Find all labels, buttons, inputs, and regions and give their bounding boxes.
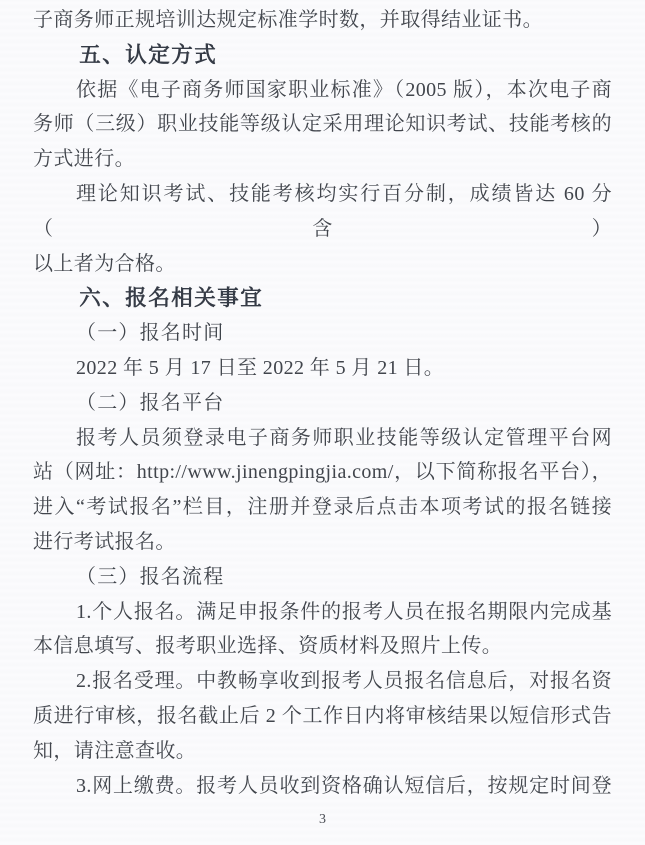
body-line: 依据《电子商务师国家职业标准》（2005 版），本次电子商 [33,73,612,108]
body-line: 子商务师正规培训达规定标准学时数，并取得结业证书。 [33,3,612,38]
body-line: 进行考试报名。 [33,525,612,560]
section-heading-5: 五、认定方式 [33,38,612,73]
body-line: 3.网上缴费。报考人员收到资格确认短信后，按规定时间登 [33,769,612,804]
registration-dates: 2022 年 5 月 17 日至 2022 年 5 月 21 日。 [33,351,612,386]
section-heading-6: 六、报名相关事宜 [33,281,612,316]
body-line-with-url: 站（网址：http://www.jinengpingjia.com/，以下简称报… [33,455,612,490]
body-line: 本信息填写、报考职业选择、资质材料及照片上传。 [33,629,612,664]
subsection-heading-1: （一）报名时间 [33,316,612,351]
body-line: 报考人员须登录电子商务师职业技能等级认定管理平台网 [33,421,612,456]
body-line: 质进行审核，报名截止后 2 个工作日内将审核结果以短信形式告 [33,699,612,734]
page-number: 3 [0,812,645,828]
body-line: 方式进行。 [33,142,612,177]
body-line: 理论知识考试、技能考核均实行百分制，成绩皆达 60 分（含） [33,177,612,247]
body-line: 以上者为合格。 [33,247,612,282]
subsection-heading-3: （三）报名流程 [33,560,612,595]
body-line: 进入“考试报名”栏目，注册并登录后点击本项考试的报名链接 [33,490,612,525]
body-line: 1.个人报名。满足申报条件的报考人员在报名期限内完成基 [33,595,612,630]
body-line: 2.报名受理。中教畅享收到报考人员报名信息后，对报名资 [33,664,612,699]
subsection-heading-2: （二）报名平台 [33,386,612,421]
document-page: 子商务师正规培训达规定标准学时数，并取得结业证书。 五、认定方式 依据《电子商务… [0,0,645,845]
body-line: 务师（三级）职业技能等级认定采用理论知识考试、技能考核的 [33,107,612,142]
body-line: 知，请注意查收。 [33,734,612,769]
